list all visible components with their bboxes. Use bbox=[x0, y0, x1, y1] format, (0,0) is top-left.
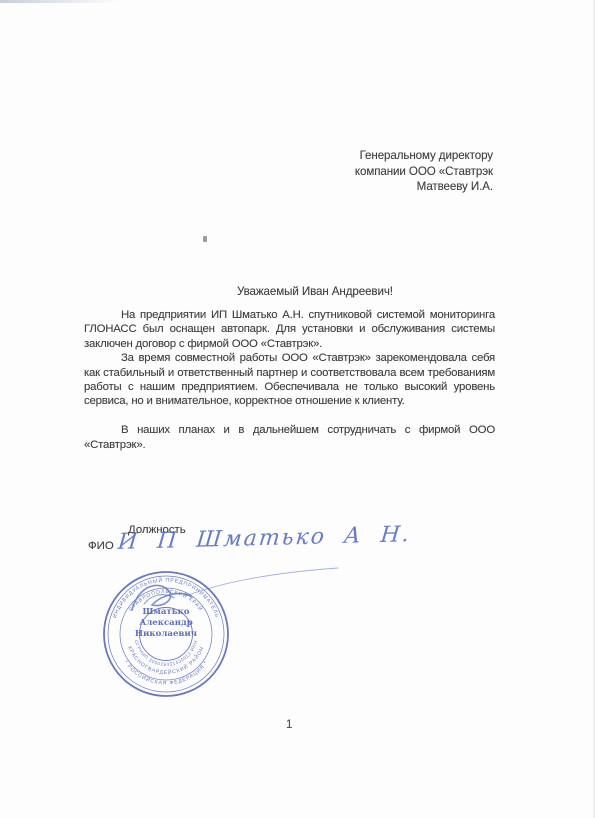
stamp-center-patronymic: Николаевич bbox=[135, 629, 197, 639]
recipient-block: Генеральному директору компании ООО «Ста… bbox=[355, 148, 493, 195]
name-label: ФИО bbox=[88, 540, 114, 552]
paragraph-3: В наших планах и в дальнейшем сотруднича… bbox=[84, 423, 495, 452]
handwritten-signature-flourish bbox=[132, 568, 338, 610]
recipient-line-3: Матвееву И.А. bbox=[355, 179, 493, 195]
page-number: 1 bbox=[286, 719, 292, 731]
stamp-center-firstname: Александр bbox=[139, 618, 193, 628]
scanned-letter-page: Генеральному директору компании ООО «Ста… bbox=[0, 0, 595, 818]
recipient-line-1: Генеральному директору bbox=[355, 148, 493, 164]
letter-body: На предприятии ИП Шматько А.Н. спутников… bbox=[84, 308, 495, 452]
paragraph-2: За время совместной работы ООО «Ставтрэк… bbox=[84, 351, 495, 409]
scan-artifact-speck bbox=[203, 236, 207, 242]
salutation: Уважаемый Иван Андреевич! bbox=[237, 285, 393, 298]
scan-artifact-top-edge bbox=[0, 0, 120, 3]
recipient-line-2: компании ООО «Ставтрэк bbox=[355, 164, 493, 180]
company-stamp: ИНДИВИДУАЛЬНЫЙ ПРЕДПРИНИМАТЕЛЬ * РОССИЙС… bbox=[86, 556, 356, 714]
stamp-center-surname: Шматько bbox=[142, 607, 189, 617]
paragraph-1: На предприятии ИП Шматько А.Н. спутников… bbox=[84, 308, 495, 351]
